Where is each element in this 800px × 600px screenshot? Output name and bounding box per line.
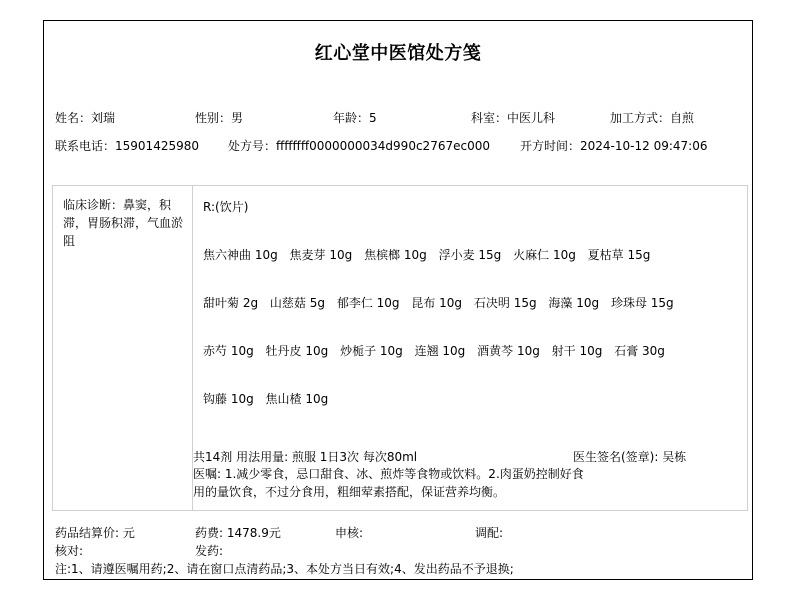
patient-age: 年龄：5 — [333, 109, 377, 126]
herb-item: 昆布 10g — [411, 296, 462, 310]
herb-item: 甜叶菊 2g — [203, 296, 258, 310]
page-title: 红心堂中医馆处方笺 — [44, 39, 752, 65]
footer-note: 注:1、请遵医嘱用药;2、请在窗口点清药品;3、本处方当日有效;4、发出药品不予… — [55, 560, 514, 577]
process-method: 加工方式：自煎 — [610, 109, 694, 126]
herb-item: 山慈菇 5g — [270, 296, 325, 310]
herb-item: 郁李仁 10g — [337, 296, 400, 310]
settle-price: 药品结算价: 元 — [55, 524, 135, 541]
herb-item: 酒黄芩 10g — [477, 344, 540, 358]
patient-gender: 性别：男 — [195, 109, 243, 126]
review-label: 申核: — [335, 524, 363, 541]
diagnosis: 临床诊断：鼻窦，积滞，胃肠积滞，气血淤阻 — [53, 186, 193, 510]
herb-item: 连翘 10g — [415, 344, 466, 358]
phone: 联系电话：15901425980 — [55, 137, 199, 154]
herb-item: 钩藤 10g — [203, 392, 254, 406]
prescription-body: 临床诊断：鼻窦，积滞，胃肠积滞，气血淤阻 R:(饮片) 焦六神曲 10g 焦麦芽… — [52, 185, 748, 511]
herb-item: 石膏 30g — [614, 344, 665, 358]
rx-header: R:(饮片) — [203, 198, 248, 215]
prescription-sheet: 红心堂中医馆处方笺 姓名：刘瑞 性别：男 年龄：5 科室：中医儿科 加工方式：自… — [43, 20, 753, 580]
herb-item: 焦六神曲 10g — [203, 248, 278, 262]
herb-item: 浮小麦 15g — [439, 248, 502, 262]
herb-line-1: 焦六神曲 10g 焦麦芽 10g 焦槟榔 10g 浮小麦 15g 火麻仁 10g… — [203, 246, 658, 263]
dispense-mix-label: 调配: — [475, 524, 503, 541]
prescription-number: 处方号：ffffffff0000000034d990c2767ec000 — [228, 137, 490, 154]
medical-advice: 医嘱: 1.减少零食，忌口甜食、冰、煎炸等食物或饮料。2.肉蛋奶控制好食用的量饮… — [193, 465, 593, 501]
check-label: 核对: — [55, 542, 83, 559]
herb-item: 炒栀子 10g — [340, 344, 403, 358]
herb-line-2: 甜叶菊 2g 山慈菇 5g 郁李仁 10g 昆布 10g 石决明 15g 海藻 … — [203, 294, 682, 311]
herb-item: 珍珠母 15g — [611, 296, 674, 310]
herb-item: 海藻 10g — [548, 296, 599, 310]
herb-item: 夏枯草 15g — [588, 248, 651, 262]
usage-instructions: 共14剂 用法用量: 煎服 1日3次 每次80ml — [193, 448, 417, 465]
herb-item: 焦麦芽 10g — [290, 248, 353, 262]
herb-line-3: 赤芍 10g 牡丹皮 10g 炒栀子 10g 连翘 10g 酒黄芩 10g 射干… — [203, 342, 673, 359]
prescription-time: 开方时间：2024-10-12 09:47:06 — [520, 137, 707, 154]
herb-item: 石决明 15g — [474, 296, 537, 310]
doctor-signature: 医生签名(签章): 吴栋 — [573, 448, 686, 465]
herb-line-4: 钩藤 10g 焦山楂 10g — [203, 390, 336, 407]
herb-item: 焦槟榔 10g — [364, 248, 427, 262]
herb-item: 火麻仁 10g — [513, 248, 576, 262]
drug-fee: 药费: 1478.9元 — [195, 524, 281, 541]
herb-item: 牡丹皮 10g — [266, 344, 329, 358]
herb-item: 焦山楂 10g — [266, 392, 329, 406]
issue-label: 发药: — [195, 542, 223, 559]
herb-item: 射干 10g — [552, 344, 603, 358]
herb-item: 赤芍 10g — [203, 344, 254, 358]
department: 科室：中医儿科 — [471, 109, 555, 126]
patient-name: 姓名：刘瑞 — [55, 109, 115, 126]
